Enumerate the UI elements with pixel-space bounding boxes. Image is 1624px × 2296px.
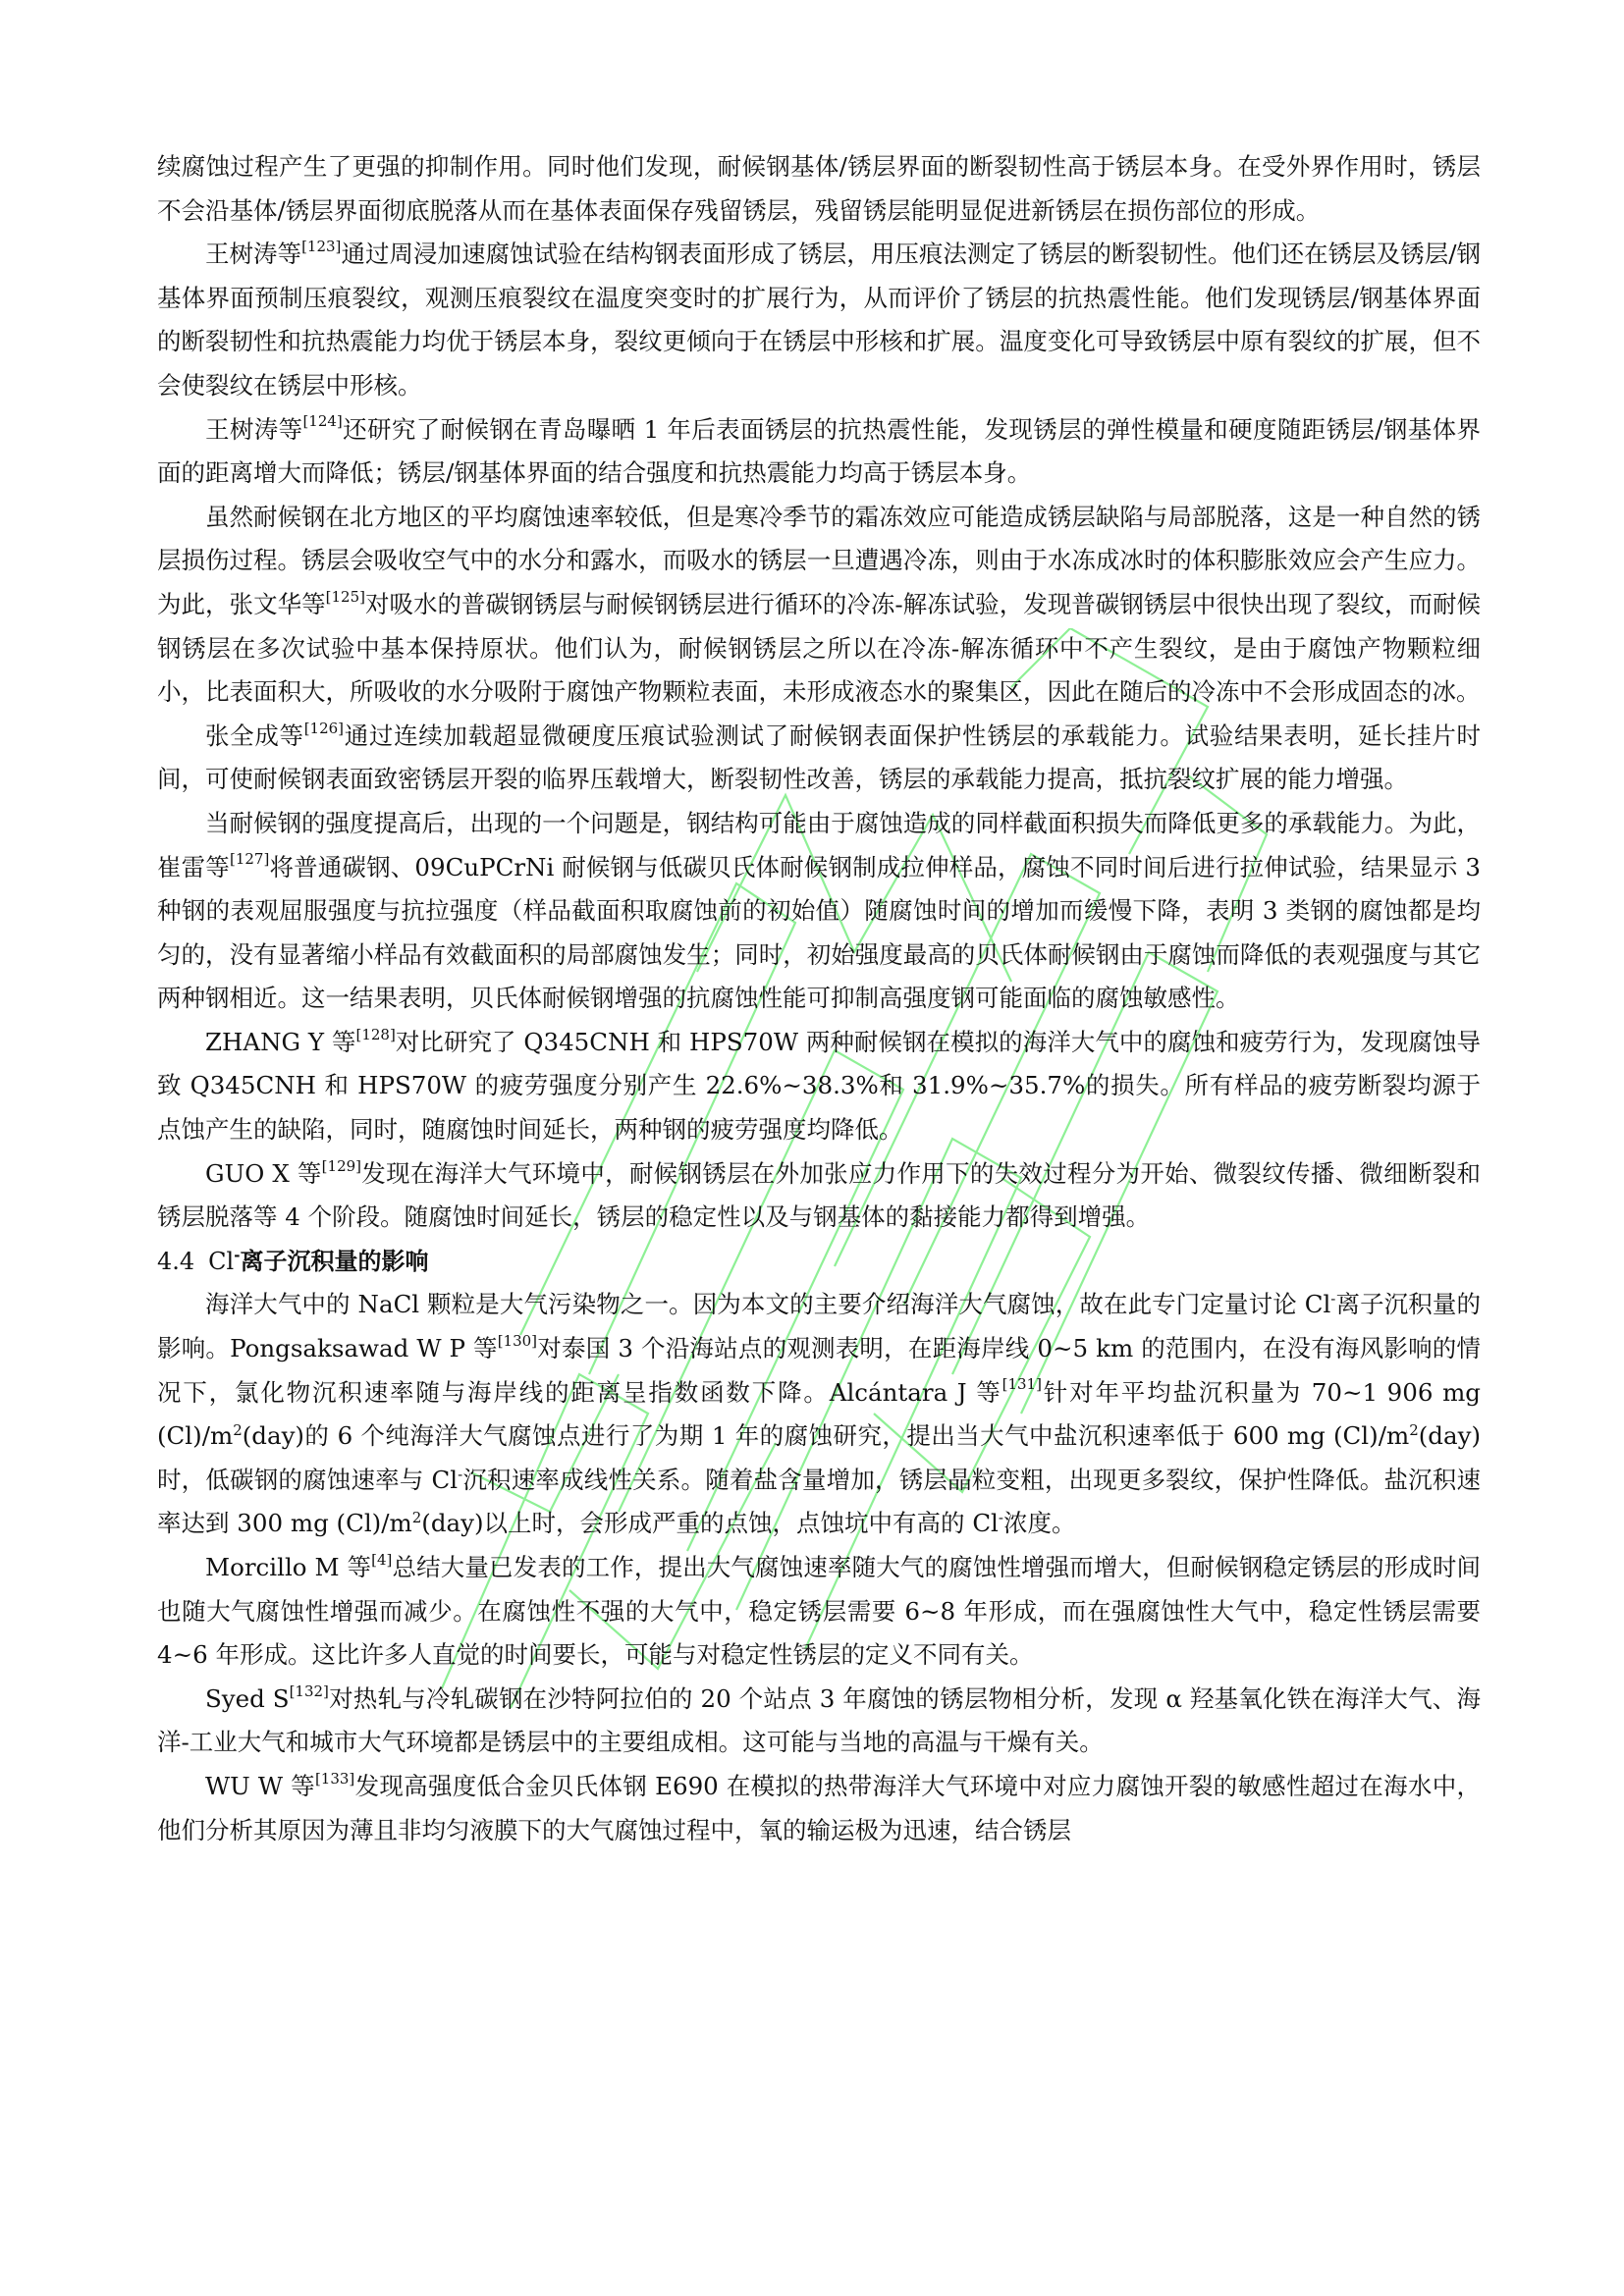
- text-run: 将普通碳钢、09CuPCrNi 耐候钢与低碳贝氏体耐候钢制成拉伸样品，腐蚀不同时…: [157, 853, 1481, 1013]
- text-run: 通过连续加载超显微硬度压痕试验测试了耐候钢表面保护性锈层的承载能力。试验结果表明…: [157, 721, 1481, 794]
- text-run: 对热轧与冷轧碳钢在沙特阿拉伯的 20 个站点 3 年腐蚀的锈层物相分析，发现 α…: [157, 1684, 1481, 1757]
- superscript: 2: [233, 1421, 243, 1439]
- paragraph: 王树涛等[123]通过周浸加速腐蚀试验在结构钢表面形成了锈层，用压痕法测定了锈层…: [157, 233, 1481, 407]
- text-run: 通过周浸加速腐蚀试验在结构钢表面形成了锈层，用压痕法测定了锈层的断裂韧性。他们还…: [157, 240, 1481, 400]
- citation-ref: [4]: [371, 1551, 392, 1569]
- citation-ref: [127]: [230, 850, 269, 868]
- paragraph: 海洋大气中的 NaCl 颗粒是大气污染物之一。因为本文的主要介绍海洋大气腐蚀，故…: [157, 1283, 1481, 1546]
- paragraph: 虽然耐候钢在北方地区的平均腐蚀速率较低，但是寒冷季节的霜冻效应可能造成锈层缺陷与…: [157, 496, 1481, 715]
- section-title: 离子沉积量的影响: [240, 1248, 428, 1275]
- paragraph: ZHANG Y 等[128]对比研究了 Q345CNH 和 HPS70W 两种耐…: [157, 1021, 1481, 1152]
- citation-ref: [128]: [355, 1026, 395, 1043]
- body-paragraphs-part2: 海洋大气中的 NaCl 颗粒是大气污染物之一。因为本文的主要介绍海洋大气腐蚀，故…: [157, 1283, 1481, 1852]
- citation-ref: [124]: [302, 412, 342, 430]
- section-heading: 4.4Cl-离子沉积量的影响: [157, 1240, 1481, 1284]
- text-run: Syed S: [205, 1684, 290, 1713]
- text-run: 续腐蚀过程产生了更强的抑制作用。同时他们发现，耐候钢基体/锈层界面的断裂韧性高于…: [157, 152, 1481, 225]
- text-run: Morcillo M 等: [205, 1553, 371, 1581]
- text-run: 浓度。: [1003, 1509, 1076, 1537]
- superscript: 2: [412, 1509, 422, 1526]
- paragraph: 续腐蚀过程产生了更强的抑制作用。同时他们发现，耐候钢基体/锈层界面的断裂韧性高于…: [157, 145, 1481, 233]
- text-run: 海洋大气中的 NaCl 颗粒是大气污染物之一。因为本文的主要介绍海洋大气腐蚀，故…: [205, 1290, 1330, 1318]
- text-run: 张全成等: [205, 721, 304, 750]
- paragraph: GUO X 等[129]发现在海洋大气环境中，耐候钢锈层在外加张应力作用下的失效…: [157, 1152, 1481, 1240]
- text-run: (day)的 6 个纯海洋大气腐蚀点进行了为期 1 年的腐蚀研究，提出当大气中盐…: [243, 1421, 1409, 1450]
- paragraph: Syed S[132]对热轧与冷轧碳钢在沙特阿拉伯的 20 个站点 3 年腐蚀的…: [157, 1678, 1481, 1765]
- paragraph: 张全成等[126]通过连续加载超显微硬度压痕试验测试了耐候钢表面保护性锈层的承载…: [157, 715, 1481, 802]
- text-run: (day)以上时，会形成严重的点蚀，点蚀坑中有高的 Cl: [421, 1509, 999, 1537]
- text-run: 发现高强度低合金贝氏体钢 E690 在模拟的热带海洋大气环境中对应力腐蚀开裂的敏…: [157, 1772, 1481, 1844]
- citation-ref: [133]: [315, 1770, 354, 1788]
- text-run: 王树涛等: [205, 415, 302, 444]
- paragraph: 当耐候钢的强度提高后，出现的一个问题是，钢结构可能由于腐蚀造成的同样截面积损失而…: [157, 802, 1481, 1021]
- text-run: 还研究了耐候钢在青岛曝晒 1 年后表面锈层的抗热震性能，发现锈层的弹性模量和硬度…: [157, 415, 1481, 488]
- document-page: 续腐蚀过程产生了更强的抑制作用。同时他们发现，耐候钢基体/锈层界面的断裂韧性高于…: [157, 145, 1481, 1852]
- text-run: 对吸水的普碳钢锈层与耐候钢锈层进行循环的冷冻-解冻试验，发现普碳钢锈层中很快出现…: [157, 590, 1481, 706]
- body-paragraphs-part1: 续腐蚀过程产生了更强的抑制作用。同时他们发现，耐候钢基体/锈层界面的断裂韧性高于…: [157, 145, 1481, 1240]
- citation-ref: [131]: [1002, 1375, 1042, 1393]
- citation-ref: [125]: [326, 588, 365, 606]
- paragraph: 王树涛等[124]还研究了耐候钢在青岛曝晒 1 年后表面锈层的抗热震性能，发现锈…: [157, 408, 1481, 496]
- citation-ref: [129]: [322, 1157, 361, 1175]
- text-run: ZHANG Y 等: [205, 1028, 355, 1056]
- citation-ref: [130]: [498, 1332, 537, 1350]
- paragraph: WU W 等[133]发现高强度低合金贝氏体钢 E690 在模拟的热带海洋大气环…: [157, 1765, 1481, 1852]
- text-run: WU W 等: [205, 1772, 315, 1800]
- section-number: 4.4: [157, 1248, 194, 1275]
- citation-ref: [126]: [304, 720, 344, 737]
- citation-ref: [123]: [301, 238, 341, 255]
- paragraph: Morcillo M 等[4]总结大量已发表的工作，提出大气腐蚀速率随大气的腐蚀…: [157, 1546, 1481, 1678]
- text-run: 王树涛等: [205, 240, 301, 268]
- text-run: GUO X 等: [205, 1159, 322, 1188]
- citation-ref: [132]: [290, 1682, 329, 1700]
- section-heading-cl: Cl: [208, 1248, 234, 1275]
- superscript: 2: [1409, 1421, 1419, 1439]
